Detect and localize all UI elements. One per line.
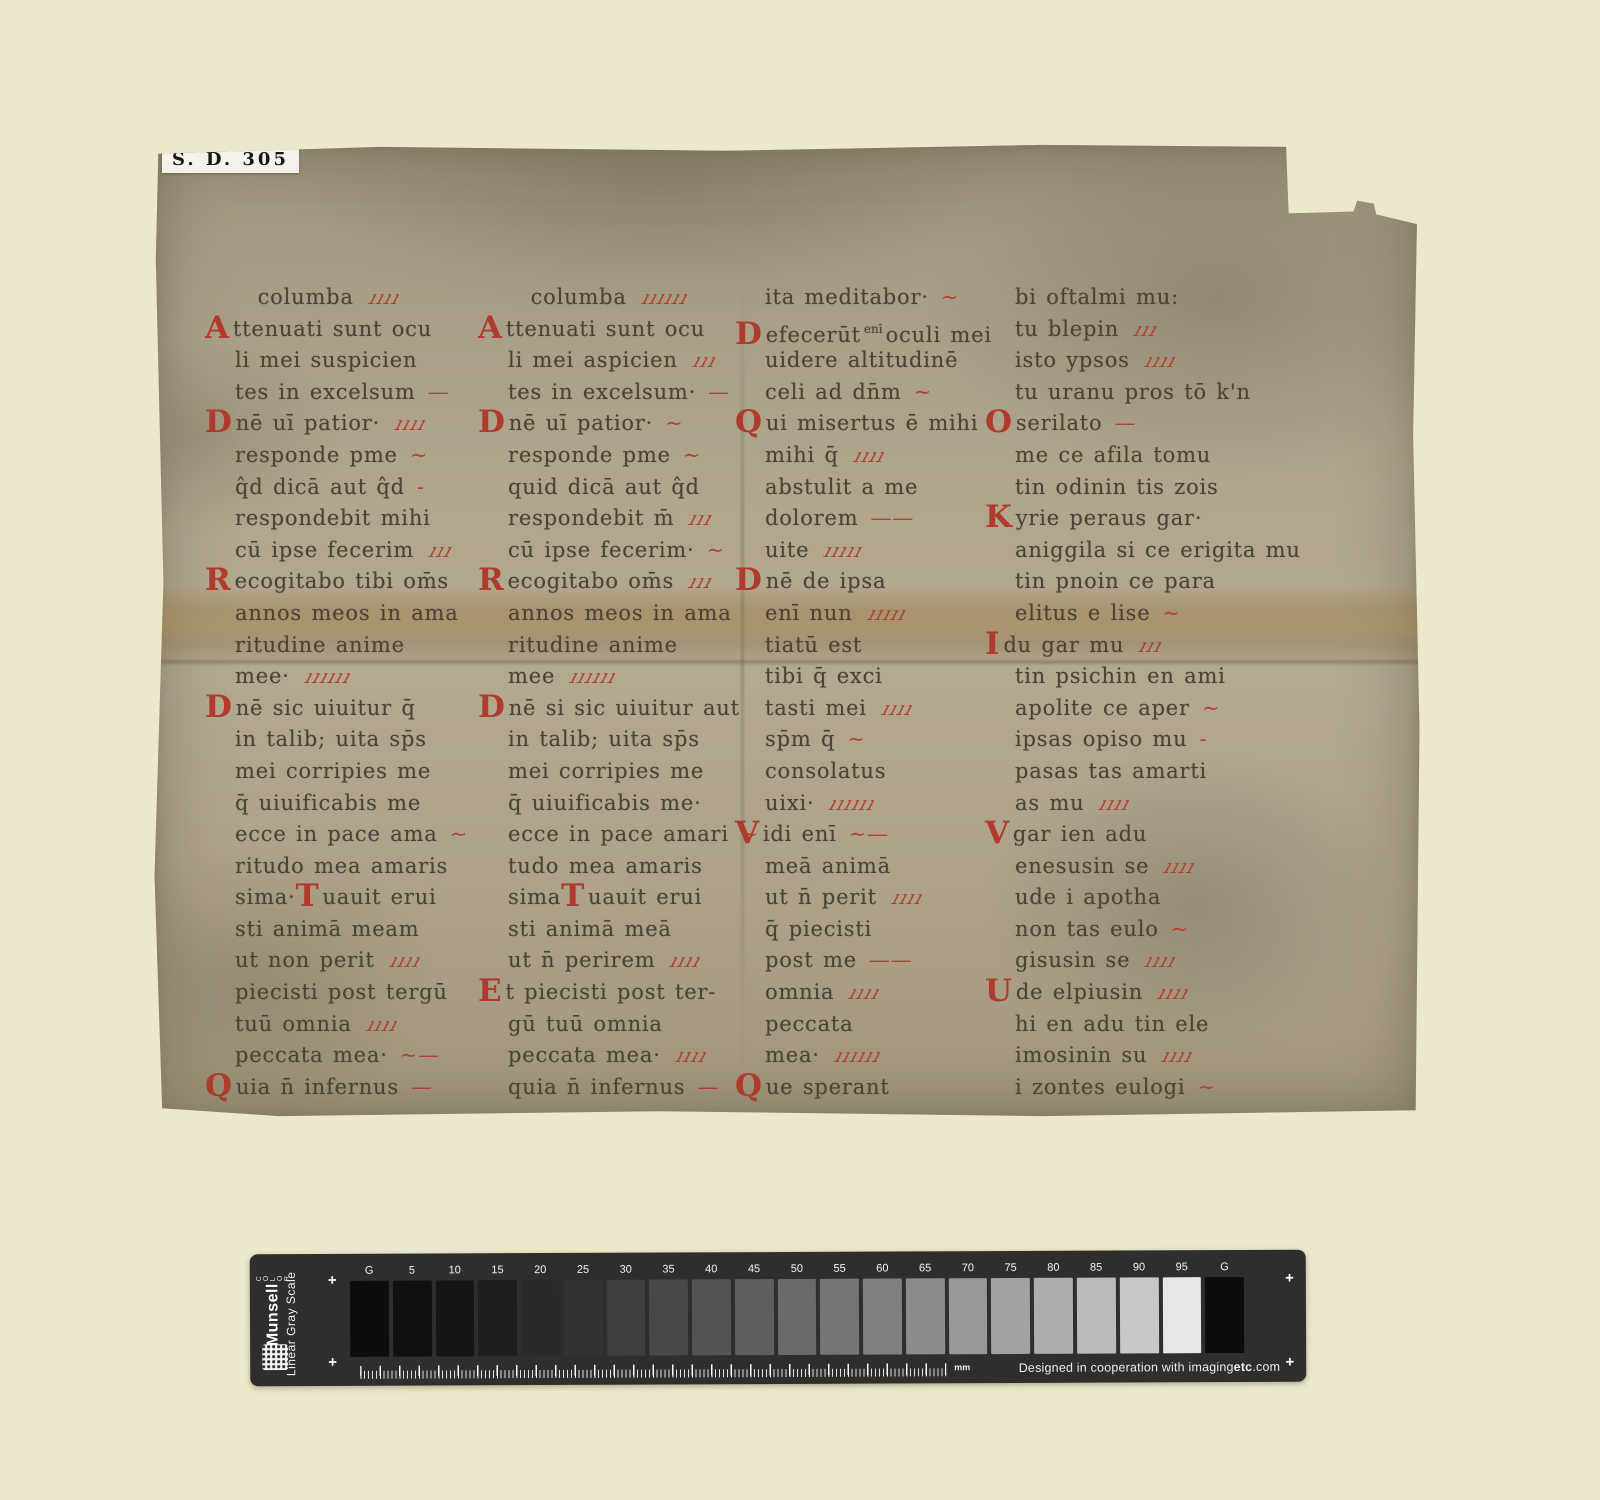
text-segment: li mei aspicien	[508, 348, 678, 372]
text-line: tu blepinııı	[985, 314, 1255, 346]
registration-plus: +	[328, 1276, 337, 1286]
gray-patch-cell: 50	[777, 1262, 816, 1355]
initial-letter: D	[205, 404, 233, 440]
text-line: Que sperant	[735, 1072, 1005, 1104]
text-line: ritudo mea amaris	[205, 851, 475, 883]
patch-label: 5	[409, 1264, 415, 1281]
gray-patch-cell: 30	[606, 1263, 645, 1356]
text-line: gisusin seıııı	[985, 945, 1255, 977]
patch-label: 10	[449, 1263, 461, 1280]
text-line: in talib; uita sp̄s	[205, 724, 475, 756]
initial-letter: Q	[735, 1068, 763, 1104]
text-line: mei corripies me	[478, 756, 748, 788]
neume-marks: ıııı	[874, 694, 921, 726]
neume-marks: ııı	[682, 567, 722, 599]
neume-marks: ıııı	[885, 883, 932, 915]
text-segment: —	[697, 1075, 719, 1099]
text-segment: enesusin se	[1015, 854, 1149, 878]
initial-letter: T	[561, 878, 585, 914]
text-line: q̄ uiuificabis me	[205, 788, 475, 820]
text-line: responde pme∼	[478, 440, 748, 472]
superscript-gloss: enī	[864, 322, 883, 336]
text-line: peccata mea·∼—	[205, 1040, 475, 1072]
text-line: uiteııııı	[735, 535, 1005, 567]
text-segment: mei corripies me	[235, 759, 431, 783]
text-line: Vgar ien adu	[985, 819, 1255, 851]
text-segment: responde pme	[508, 443, 671, 467]
text-segment: tibi q̄ exci	[765, 664, 883, 688]
text-segment: gisusin se	[1015, 948, 1130, 972]
text-segment: tin pnoin ce para	[1015, 569, 1216, 593]
text-segment: nē uī patior·	[236, 411, 380, 435]
text-line: mihi q̄ıııı	[735, 440, 1005, 472]
initial-letter: D	[735, 316, 763, 352]
text-segment: ecogitabo om̄s	[508, 569, 674, 593]
initial-letter: V	[735, 815, 760, 851]
text-segment: ut non perit	[235, 948, 375, 972]
registration-plus: +	[328, 1358, 337, 1368]
neume-marks: ıııı	[359, 1010, 406, 1042]
text-segment: uite	[765, 538, 809, 562]
text-segment: ecce in pace ama	[235, 822, 438, 846]
text-line: as muıııı	[985, 788, 1255, 820]
text-segment: mea·	[765, 1043, 820, 1067]
gray-patch	[777, 1279, 816, 1355]
text-segment: ttenuati sunt ocu	[233, 317, 432, 341]
text-segment: nē si sic uiuitur aut	[509, 696, 740, 720]
neume-marks: ıııııı	[297, 662, 359, 694]
text-segment: cū ipse fecerim·	[508, 538, 695, 562]
text-line: abstulit a me	[735, 472, 1005, 504]
text-line: cū ipse fecerim·∼	[478, 535, 748, 567]
text-segment: ita meditabor·	[765, 285, 929, 309]
text-segment: t piecisti post ter-	[505, 980, 716, 1004]
text-segment: uixi·	[765, 791, 814, 815]
initial-letter: V	[985, 815, 1010, 851]
text-line: tes in excelsum—	[205, 377, 475, 409]
neume-marks: ıııı	[846, 441, 893, 473]
photograph-background: S. D. 305 columbaııııAttenuati sunt ocul…	[0, 0, 1600, 1500]
gray-patch-cell: 75	[991, 1261, 1030, 1354]
text-segment: ui misertus ē mihi	[766, 411, 979, 435]
text-segment: ritudo mea amaris	[235, 854, 448, 878]
gray-patch-cell: 20	[521, 1263, 560, 1356]
text-segment: sp̄m q̄	[765, 727, 835, 751]
neume-marks: ıııı	[1138, 946, 1185, 978]
gray-patch	[606, 1280, 645, 1356]
gray-patch-cell: 60	[863, 1261, 902, 1354]
neume-marks: ııı	[422, 536, 462, 568]
gray-patch-cell: G	[1205, 1260, 1244, 1353]
gray-patch-cell: 5	[393, 1264, 432, 1357]
text-line: ipsas opiso mu-	[985, 724, 1255, 756]
text-line: tudo mea amaris	[478, 851, 748, 883]
patch-label: 50	[791, 1262, 803, 1279]
text-segment: annos meos in ama	[235, 601, 459, 625]
text-segment: ecce in pace amari	[508, 822, 729, 846]
text-segment: ∼	[941, 285, 959, 309]
patch-label: 15	[491, 1263, 503, 1280]
text-line: sti animā meam	[205, 914, 475, 946]
text-segment: uidere altitudinē	[765, 348, 958, 372]
text-line: Dnē uī patior·ıııı	[205, 408, 475, 440]
text-line: enesusin seıııı	[985, 851, 1255, 883]
initial-letter: K	[985, 499, 1013, 535]
text-line: bi oftalmi mu:	[985, 282, 1255, 314]
initial-letter: O	[985, 404, 1013, 440]
gray-patch	[435, 1280, 474, 1356]
mm-label: mm	[954, 1362, 970, 1372]
text-segment: bi oftalmi mu:	[1015, 285, 1179, 309]
text-line: respondebit m̄ııı	[478, 503, 748, 535]
text-line: simaTuauit erui	[478, 882, 748, 914]
mm-ruler: mm	[360, 1362, 960, 1379]
text-segment: oculi mei	[886, 323, 992, 347]
text-line: piecisti post tergū	[205, 977, 475, 1009]
text-segment: ipsas opiso mu	[1015, 727, 1187, 751]
text-line: sti animā meā	[478, 914, 748, 946]
text-segment: -	[417, 475, 425, 499]
neume-marks: ıııııı	[822, 789, 884, 821]
text-segment: ∼	[683, 443, 701, 467]
text-line: Vidi enī∼—	[735, 819, 1005, 851]
initial-letter: A	[478, 310, 503, 346]
text-segment: uia n̄ infernus	[236, 1075, 399, 1099]
patch-label: 45	[748, 1262, 760, 1279]
text-segment: quid dicā aut q̂d	[508, 475, 700, 499]
text-line: meā animā	[735, 851, 1005, 883]
credit-bold: etc	[1234, 1360, 1253, 1374]
registration-plus: +	[1285, 1358, 1294, 1368]
text-segment: ritudine anime	[235, 633, 405, 657]
text-segment: pasas tas amarti	[1015, 759, 1207, 783]
text-line: mei corripies me	[205, 756, 475, 788]
credit-pre: Designed in cooperation with imaging	[1019, 1360, 1234, 1375]
gray-patch-cell: 40	[692, 1262, 731, 1355]
neume-marks: ııı	[1127, 315, 1167, 347]
registration-plus: +	[1285, 1274, 1294, 1284]
text-line: tin odinin tis zois	[985, 472, 1255, 504]
patch-label: 30	[620, 1263, 632, 1280]
gray-patch	[1120, 1277, 1159, 1353]
manuscript-column-4: bi oftalmi mu:tu blepinıııisto ypsosıııı…	[985, 282, 1255, 1103]
text-segment: —	[411, 1075, 433, 1099]
shelfmark-text: S. D. 305	[172, 149, 289, 170]
gray-patch	[820, 1279, 859, 1355]
neume-marks: ıııııı	[634, 283, 696, 315]
patch-label: 90	[1133, 1260, 1145, 1277]
text-line: columbaıııııı	[478, 282, 748, 314]
text-segment: non tas eulo	[1015, 917, 1159, 941]
text-segment: as mu	[1015, 791, 1084, 815]
text-segment: tudo mea amaris	[508, 854, 703, 878]
neume-marks: ıııı	[1157, 852, 1204, 884]
text-segment: ∼	[707, 538, 725, 562]
text-segment: in talib; uita sp̄s	[508, 727, 700, 751]
text-line: tiatū est	[735, 630, 1005, 662]
gray-patch-cell: 85	[1077, 1261, 1116, 1354]
text-segment: efecerūt	[766, 323, 861, 347]
text-segment: apolite ce aper	[1015, 696, 1190, 720]
patch-label: 75	[1004, 1261, 1016, 1278]
text-segment: uauit erui	[588, 885, 702, 909]
manuscript-column-2: columbaııııııAttenuati sunt oculi mei as…	[478, 282, 748, 1103]
text-segment: —	[428, 380, 450, 404]
text-line: omniaıııı	[735, 977, 1005, 1009]
text-segment: nē uī patior·	[509, 411, 653, 435]
text-segment: piecisti post tergū	[235, 980, 448, 1004]
initial-letter: U	[985, 973, 1013, 1009]
neume-marks: ııı	[685, 346, 725, 378]
gray-patch-cell: 35	[649, 1262, 688, 1355]
neume-marks: ıııı	[1137, 346, 1184, 378]
text-segment: idi enī	[763, 822, 837, 846]
neume-marks: ııııı	[860, 599, 915, 631]
text-segment: responde pme	[235, 443, 398, 467]
gray-patch	[393, 1281, 432, 1357]
initial-letter: A	[205, 310, 230, 346]
gray-patch	[649, 1279, 688, 1355]
patch-label: 20	[534, 1263, 546, 1280]
manuscript-leaf: S. D. 305 columbaııııAttenuati sunt ocul…	[152, 142, 1422, 1120]
text-segment: sima·	[235, 885, 296, 909]
text-segment: sti animā meā	[508, 917, 672, 941]
patch-label: 55	[833, 1262, 845, 1279]
text-segment: post me	[765, 948, 857, 972]
text-segment: du gar mu	[1003, 633, 1124, 657]
text-line: meeıııııı	[478, 661, 748, 693]
text-segment: ut n̄ perirem	[508, 948, 655, 972]
text-segment: serilato	[1016, 411, 1103, 435]
credit-text: Designed in cooperation with imagingetc.…	[1019, 1360, 1281, 1375]
text-segment: respondebit mihi	[235, 506, 431, 530]
manuscript-column-1: columbaııııAttenuati sunt oculi mei susp…	[205, 282, 475, 1103]
text-segment: tin psichin en ami	[1015, 664, 1226, 688]
text-line: non tas eulo∼	[985, 914, 1255, 946]
text-segment: ∼	[410, 443, 428, 467]
initial-letter: E	[478, 973, 502, 1009]
text-segment: tasti mei	[765, 696, 867, 720]
text-segment: mei corripies me	[508, 759, 704, 783]
text-segment: tes in excelsum	[235, 380, 416, 404]
text-segment: tu blepin	[1015, 317, 1119, 341]
text-segment: columba	[508, 285, 627, 309]
text-columns: columbaııııAttenuati sunt oculi mei susp…	[152, 282, 1422, 1120]
text-line: ecce in pace ama∼	[205, 819, 475, 851]
text-line: elitus e lise∼	[985, 598, 1255, 630]
text-line: post me——	[735, 945, 1005, 977]
text-line: dolorem——	[735, 503, 1005, 535]
text-segment: enī nun	[765, 601, 853, 625]
text-line: Qui misertus ē mihi	[735, 408, 1005, 440]
text-segment: —	[708, 380, 730, 404]
gray-patch-cell: 55	[820, 1262, 859, 1355]
text-segment: tu uranu pros tō k'n	[1015, 380, 1251, 404]
text-segment: -	[1199, 727, 1207, 751]
gray-patch-cell: 65	[906, 1261, 945, 1354]
credit-post: .com	[1252, 1360, 1280, 1374]
text-segment: elitus e lise	[1015, 601, 1150, 625]
text-segment: q̄ uiuificabis me	[235, 791, 421, 815]
text-line: gū tuū omnia	[478, 1009, 748, 1041]
text-segment: gū tuū omnia	[508, 1012, 663, 1036]
text-line: ritudine anime	[205, 630, 475, 662]
text-line: ecce in pace amari∼	[478, 819, 748, 851]
patch-label: 65	[919, 1261, 931, 1278]
text-line: consolatus	[735, 756, 1005, 788]
text-segment: peccata mea·	[508, 1043, 661, 1067]
text-segment: uauit erui	[322, 885, 436, 909]
gray-patch-cell: 95	[1162, 1260, 1201, 1353]
text-segment: me ce afila tomu	[1015, 443, 1211, 467]
text-line: Dnē si sic uiuitur aut	[478, 693, 748, 725]
text-segment: q̄ piecisti	[765, 917, 872, 941]
text-line: me ce afila tomu	[985, 440, 1255, 472]
text-line: mea·ıııııı	[735, 1040, 1005, 1072]
text-line: hi en adu tin ele	[985, 1009, 1255, 1041]
patch-label: 80	[1047, 1261, 1059, 1278]
text-segment: de elpiusin	[1016, 980, 1143, 1004]
text-line: ut non peritıııı	[205, 945, 475, 977]
neume-marks: ıııııı	[827, 1041, 889, 1073]
gray-patch-cell: 25	[564, 1263, 603, 1356]
gray-patch-cell: 45	[735, 1262, 774, 1355]
text-line: Idu gar muııı	[985, 630, 1255, 662]
text-line: Dnē sic uiuitur q̄	[205, 693, 475, 725]
text-line: Oserilato—	[985, 408, 1255, 440]
neume-marks: ıııı	[1151, 978, 1198, 1010]
gray-patch	[350, 1281, 389, 1357]
text-line: tes in excelsum·—	[478, 377, 748, 409]
text-line: Kyrie peraus gar·	[985, 503, 1255, 535]
patch-label: 40	[705, 1262, 717, 1279]
neume-marks: ııı	[1132, 631, 1172, 663]
text-segment: ∼	[665, 411, 683, 435]
text-segment: hi en adu tin ele	[1015, 1012, 1209, 1036]
text-segment: ∼	[1162, 601, 1180, 625]
text-segment: isto ypsos	[1015, 348, 1130, 372]
text-segment: ttenuati sunt ocu	[506, 317, 705, 341]
gray-patch	[692, 1279, 731, 1355]
initial-letter: D	[478, 404, 506, 440]
text-segment: ∼	[450, 822, 468, 846]
initial-letter: Q	[205, 1068, 233, 1104]
text-line: celi ad dn̄m∼	[735, 377, 1005, 409]
text-segment: ——	[870, 506, 914, 530]
gray-patch-strip: G5101520253035404550556065707580859095G	[350, 1260, 1244, 1357]
gray-patch	[735, 1279, 774, 1355]
text-line: Attenuati sunt ocu	[478, 314, 748, 346]
text-line: tibi q̄ exci	[735, 661, 1005, 693]
text-segment: q̂d dicā aut q̂d	[235, 475, 405, 499]
patch-label: G	[1220, 1260, 1229, 1277]
text-segment: ∼	[914, 380, 932, 404]
text-segment: nē sic uiuitur q̄	[236, 696, 416, 720]
neume-marks: ııııı	[817, 536, 872, 568]
gray-patch-cell: 15	[478, 1263, 517, 1356]
text-segment: mihi q̄	[765, 443, 839, 467]
text-segment: annos meos in ama	[508, 601, 732, 625]
text-line: Ude elpiusinıııı	[985, 977, 1255, 1009]
neume-marks: ıııı	[382, 946, 429, 978]
text-segment: tiatū est	[765, 633, 862, 657]
text-line: annos meos in ama	[478, 598, 748, 630]
text-line: Recogitabo om̄sııı	[478, 566, 748, 598]
text-segment: peccata	[765, 1012, 853, 1036]
patch-label: 25	[577, 1263, 589, 1280]
neume-marks: ııı	[682, 504, 722, 536]
text-line: q̄ piecisti	[735, 914, 1005, 946]
text-line: sima·Tuauit erui	[205, 882, 475, 914]
text-segment: in talib; uita sp̄s	[235, 727, 427, 751]
gray-scale-ruler: Munsell C O L O R Linear Gray Scale + + …	[250, 1250, 1307, 1387]
text-line: isto ypsosıııı	[985, 345, 1255, 377]
initial-letter: D	[735, 562, 763, 598]
text-segment: ∼—	[400, 1043, 440, 1067]
text-line: quia n̄ infernus—	[478, 1072, 748, 1104]
text-line: ita meditabor·∼	[735, 282, 1005, 314]
text-line: Quia n̄ infernus—	[205, 1072, 475, 1104]
text-line: mee·ıııııı	[205, 661, 475, 693]
text-line: Defecerūtenīoculi mei	[735, 314, 1005, 346]
gray-patch-cell: 70	[948, 1261, 987, 1354]
patch-label: 95	[1176, 1260, 1188, 1277]
text-line: ude i apotha	[985, 882, 1255, 914]
patch-label: 85	[1090, 1261, 1102, 1278]
text-segment: ∼	[1202, 696, 1220, 720]
text-line: respondebit mihi	[205, 503, 475, 535]
text-line: sp̄m q̄∼	[735, 724, 1005, 756]
neume-marks: ıııı	[361, 283, 408, 315]
text-segment: imosinin su	[1015, 1043, 1147, 1067]
patch-label: G	[365, 1264, 374, 1281]
initial-letter: I	[985, 626, 1000, 662]
text-line: i zontes eulogi∼	[985, 1072, 1255, 1104]
brand-name: Munsell	[264, 1283, 282, 1346]
patch-label: 60	[876, 1262, 888, 1279]
neume-marks: ıııı	[1092, 789, 1139, 821]
text-segment: meā animā	[765, 854, 891, 878]
gray-patch	[1077, 1278, 1116, 1354]
initial-letter: D	[205, 689, 233, 725]
text-segment: mee	[508, 664, 555, 688]
major-ticks	[360, 1363, 946, 1379]
gray-patch-cell: 90	[1120, 1260, 1159, 1353]
text-line: Dnē uī patior·∼	[478, 408, 748, 440]
neume-marks: ıııı	[388, 409, 435, 441]
text-segment: i zontes eulogi	[1015, 1075, 1185, 1099]
gray-patch	[991, 1278, 1030, 1354]
text-segment: dolorem	[765, 506, 858, 530]
text-segment: tin odinin tis zois	[1015, 475, 1219, 499]
text-segment: celi ad dn̄m	[765, 380, 902, 404]
text-line: uixi·ıııııı	[735, 788, 1005, 820]
text-segment: ∼—	[849, 822, 889, 846]
text-segment: tes in excelsum·	[508, 380, 696, 404]
gray-patch	[949, 1278, 988, 1354]
gray-patch-cell: 10	[435, 1263, 474, 1356]
initial-letter: R	[478, 562, 505, 598]
text-segment: aniggila si ce erigita mu	[1015, 538, 1301, 562]
text-line: tu uranu pros tō k'n	[985, 377, 1255, 409]
text-line: ut n̄ peritıııı	[735, 882, 1005, 914]
text-line: annos meos in ama	[205, 598, 475, 630]
text-line: ritudine anime	[478, 630, 748, 662]
text-line: apolite ce aper∼	[985, 693, 1255, 725]
text-segment: ue sperant	[766, 1075, 890, 1099]
text-segment: tuū omnia	[235, 1012, 352, 1036]
text-line: responde pme∼	[205, 440, 475, 472]
